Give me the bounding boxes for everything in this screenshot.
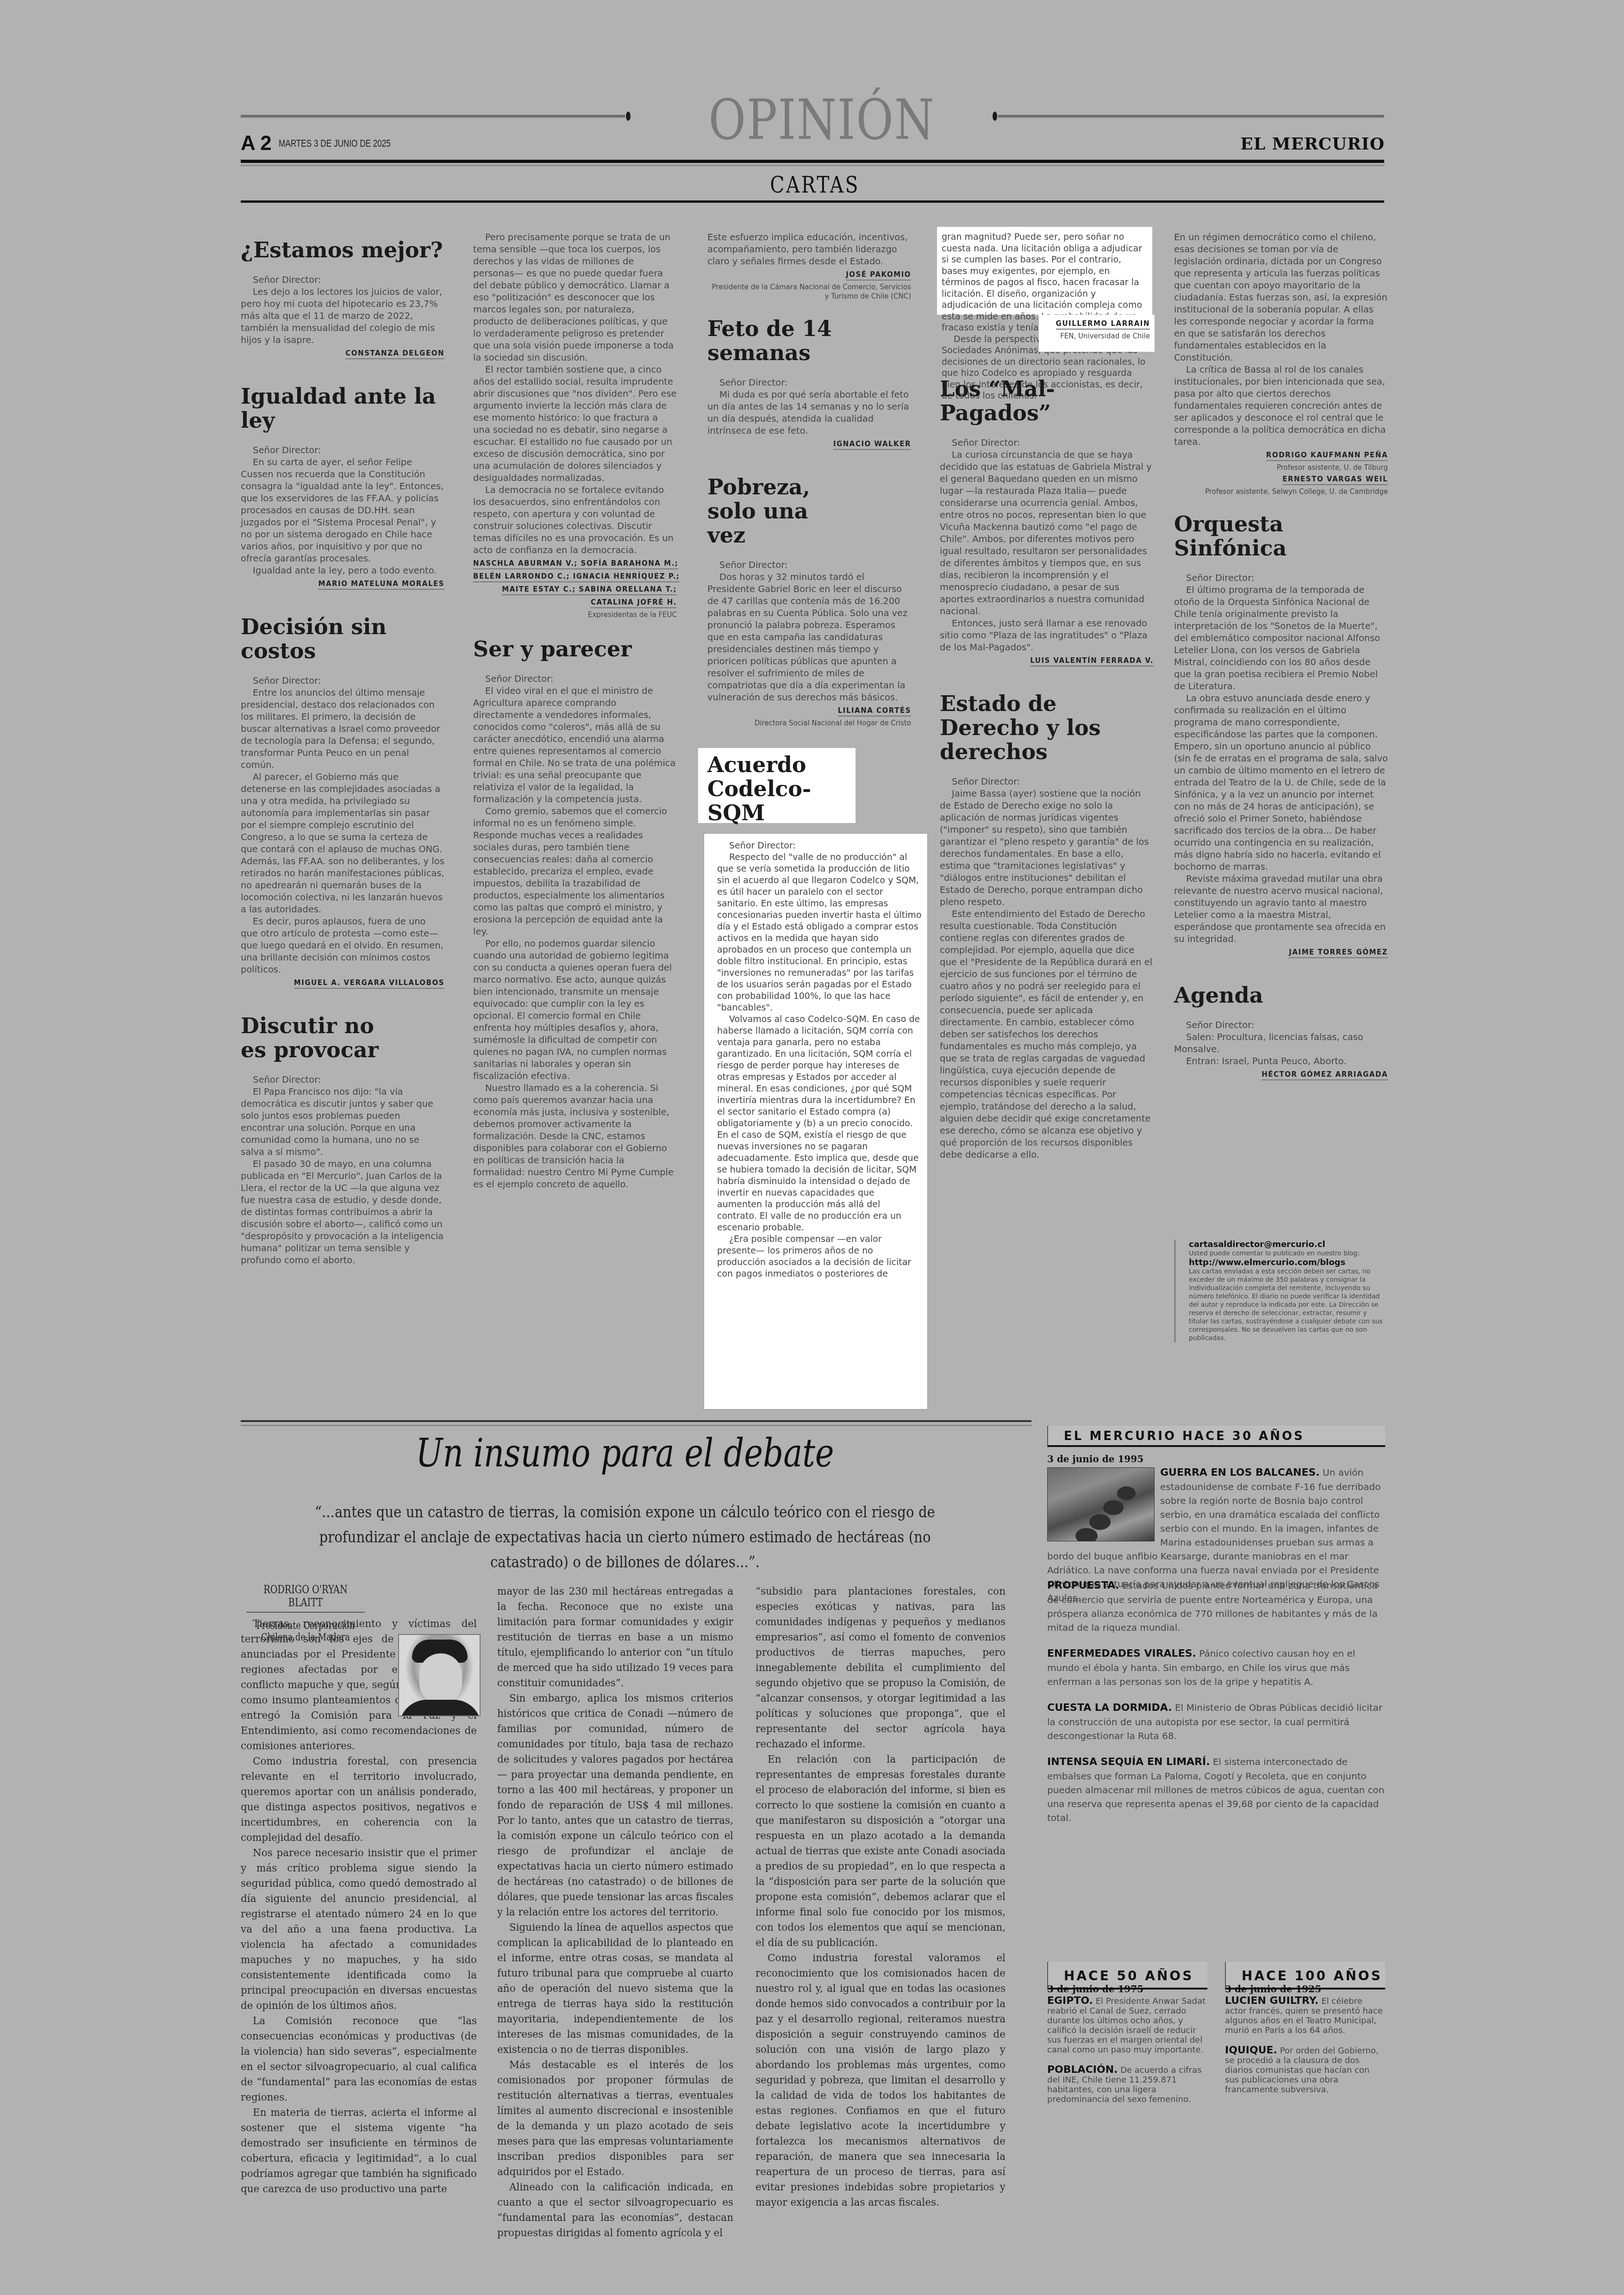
signer-role: Profesor asistente, Selwyn College, U. d… bbox=[1174, 487, 1388, 496]
letter-paragraph: En un régimen democrático como el chilen… bbox=[1174, 231, 1388, 364]
column-4: Los “Mal-Pagados” Señor Director: La cur… bbox=[940, 370, 1154, 1161]
letter-paragraph: El pasado 30 de mayo, en una columna pub… bbox=[241, 1158, 444, 1266]
history-item-head: LUCIEN GUILTRY. bbox=[1225, 1995, 1318, 2007]
blog-link[interactable]: http://www.elmercurio.com/blogs bbox=[1189, 1258, 1387, 1267]
letter-signature: RODRIGO KAUFMANN PEÑA bbox=[1266, 450, 1388, 461]
letter-signature: LUIS VALENTÍN FERRADA V. bbox=[1030, 655, 1154, 667]
letter-paragraph: Respecto del "valle de no producción" al… bbox=[717, 852, 922, 1014]
history-item-head: ENFERMEDADES VIRALES. bbox=[1047, 1648, 1196, 1659]
history-50-items: EGIPTO. El Presidente Anwar Sadat reabri… bbox=[1047, 1996, 1207, 2104]
column-3: Este esfuerzo implica educación, incenti… bbox=[707, 231, 911, 728]
highlighted-letter-title-box: Acuerdo Codelco-SQM bbox=[698, 748, 856, 823]
pull-quote: “...antes que un catastro de tierras, la… bbox=[311, 1500, 940, 1575]
masthead-dot-left bbox=[626, 112, 631, 121]
letter-paragraph: La crítica de Bassa al rol de los canale… bbox=[1174, 364, 1388, 448]
history-item-head: INTENSA SEQUÍA EN LIMARÍ. bbox=[1047, 1756, 1210, 1768]
salutation: Señor Director: bbox=[241, 1074, 444, 1086]
letter-paragraph: Entre los anuncios del último mensaje pr… bbox=[241, 687, 444, 771]
letter-paragraph: La obra estuvo anunciada desde enero y c… bbox=[1174, 692, 1388, 873]
column-paragraph: La Comisión reconoce que “las consecuenc… bbox=[241, 2014, 477, 2105]
letter-paragraph: El video viral en el que el ministro de … bbox=[473, 685, 677, 805]
subsection-title: CARTAS bbox=[768, 172, 862, 198]
letter-signature: HÉCTOR GÓMEZ ARRIAGADA bbox=[1262, 1069, 1388, 1080]
letter-title: Feto de 14 semanas bbox=[707, 317, 911, 365]
highlighted-letter-continuation: gran magnitud? Puede ser, pero soñar no … bbox=[937, 227, 1152, 315]
letter-signature: MARIO MATELUNA MORALES bbox=[318, 579, 444, 590]
letter-paragraph: Es decir, puros aplausos, fuera de uno q… bbox=[241, 916, 444, 976]
section-title: OPINIÓN bbox=[708, 88, 921, 153]
letter: Agenda Señor Director: Salen: Procultura… bbox=[1174, 983, 1388, 1080]
letter-paragraph: Este entendimiento del Estado de Derecho… bbox=[940, 908, 1154, 1161]
column-paragraph: Más destacable es el interés de los comi… bbox=[497, 2058, 733, 2180]
letter-paragraph: Nuestro llamado es a la coherencia. Si c… bbox=[473, 1082, 677, 1191]
letter-paragraph: Pero precisamente porque se trata de un … bbox=[473, 231, 677, 364]
letter-signature: CONSTANZA DELGEON bbox=[345, 348, 444, 359]
salutation: Señor Director: bbox=[241, 444, 444, 456]
history-item-head: EGIPTO. bbox=[1047, 1995, 1093, 2007]
signer-role: FEN, Universidad de Chile bbox=[1043, 331, 1150, 341]
letter-title: Acuerdo Codelco-SQM bbox=[707, 753, 828, 825]
letter-title: Agenda bbox=[1174, 983, 1388, 1007]
highlighted-letter: Señor Director: Respecto del "valle de n… bbox=[704, 833, 928, 1409]
letter: Decisión sin costos Señor Director: Entr… bbox=[241, 615, 444, 989]
letter-paragraph: Mi duda es por qué sería abortable el fe… bbox=[707, 389, 911, 437]
signer-role: Profesor asistente, U. de Tilburg bbox=[1174, 463, 1388, 472]
column-paragraph: Nos parece necesario insistir que el pri… bbox=[241, 1846, 477, 2014]
column-author: RODRIGO O'RYAN BLAITT bbox=[246, 1583, 365, 1613]
salutation: Señor Director: bbox=[940, 776, 1154, 788]
history-100-items: LUCIEN GUILTRY. El célebre actor francés… bbox=[1225, 1996, 1385, 2095]
contact-box: cartasaldirector@mercurio.cl Usted puede… bbox=[1174, 1240, 1387, 1342]
letter-signature: BELÉN LARRONDO C.; IGNACIA HENRÍQUEZ P.; bbox=[473, 571, 680, 582]
letter-paragraph: Salen: Procultura, licencias falsas, cas… bbox=[1174, 1031, 1388, 1055]
letter: Feto de 14 semanas Señor Director: Mi du… bbox=[707, 317, 911, 450]
history-item-head: IQUIQUE. bbox=[1225, 2045, 1277, 2056]
salutation: Señor Director: bbox=[1174, 572, 1388, 584]
letter: Discutir no es provocar Señor Director: … bbox=[241, 1014, 444, 1266]
salutation: Señor Director: bbox=[707, 377, 911, 389]
letter-paragraph: El rector también sostiene que, a cinco … bbox=[473, 364, 677, 484]
letter-paragraph: Jaime Bassa (ayer) sostiene que la noció… bbox=[940, 788, 1154, 908]
letter-paragraph: Reviste máxima gravedad mutilar una obra… bbox=[1174, 873, 1388, 945]
column-2: Pero precisamente porque se trata de un … bbox=[473, 231, 677, 1191]
letter-title: ¿Estamos mejor? bbox=[241, 238, 444, 262]
history-item-head: POBLACIÓN. bbox=[1047, 2064, 1118, 2076]
history-item-head: GUERRA EN LOS BALCANES. bbox=[1160, 1467, 1320, 1478]
column-paragraph: En materia de tierras, acierta el inform… bbox=[241, 2105, 477, 2197]
section-rule-thin bbox=[241, 1425, 1031, 1426]
signer-role: Presidente de la Cámara Nacional de Come… bbox=[707, 282, 911, 301]
history-item-head: PROPUESTA. bbox=[1047, 1580, 1119, 1591]
letter-paragraph: Entonces, justo será llamar a ese renova… bbox=[940, 617, 1154, 654]
header-rule bbox=[241, 160, 1384, 163]
letter-title: Orquesta Sinfónica bbox=[1174, 512, 1388, 560]
newspaper-brand: EL MERCURIO bbox=[1240, 134, 1385, 154]
letter-title: Decisión sin costos bbox=[241, 615, 444, 663]
letter-signature: MIGUEL A. VERGARA VILLALOBOS bbox=[294, 978, 444, 989]
letter-title: Ser y parecer bbox=[473, 637, 677, 661]
letter-paragraph: Este esfuerzo implica educación, incenti… bbox=[707, 231, 911, 268]
salutation: Señor Director: bbox=[707, 559, 911, 571]
column-paragraph: Como industria forestal, con presencia r… bbox=[241, 1754, 477, 1846]
history-30-date: 3 de junio de 1995 bbox=[1047, 1453, 1143, 1465]
letter: Orquesta Sinfónica Señor Director: El úl… bbox=[1174, 512, 1388, 958]
cartas-rule bbox=[241, 200, 1384, 203]
letter-paragraph: Igualdad ante la ley, pero a todo evento… bbox=[241, 565, 444, 577]
letter-title: Los “Mal-Pagados” bbox=[940, 377, 1154, 425]
salutation: Señor Director: bbox=[717, 840, 922, 852]
letter-title: Estado de Derecho y los derechos bbox=[940, 692, 1134, 764]
letter: Los “Mal-Pagados” Señor Director: La cur… bbox=[940, 377, 1154, 667]
letter: ¿Estamos mejor? Señor Director: Les dejo… bbox=[241, 238, 444, 359]
letter-paragraph: Al parecer, el Gobierno más que deteners… bbox=[241, 771, 444, 916]
history-50-date: 3 de junio de 1975 bbox=[1047, 1983, 1143, 1995]
letter-paragraph: El último programa de la temporada de ot… bbox=[1174, 584, 1388, 692]
letter-signature: NASCHLA ABURMAN V.; SOFÍA BARAHONA M.; bbox=[473, 558, 678, 569]
letter-signature: GUILLERMO LARRAIN bbox=[1056, 318, 1150, 330]
letter: Estado de Derecho y los derechos Señor D… bbox=[940, 692, 1154, 1161]
salutation: Señor Director: bbox=[473, 673, 677, 685]
column-1: ¿Estamos mejor? Señor Director: Les dejo… bbox=[241, 231, 444, 1266]
salutation: Señor Director: bbox=[241, 274, 444, 286]
letter-signature: JOSÉ PAKOMIO bbox=[846, 269, 911, 281]
history-100-date: 3 de junio de 1925 bbox=[1225, 1983, 1321, 1995]
history-30-items: PROPUESTA. Estados Unidos planteó formar… bbox=[1047, 1578, 1385, 1825]
letter-signature: IGNACIO WALKER bbox=[833, 439, 911, 450]
letter-paragraph: Volvamos al caso Codelco-SQM. En caso de… bbox=[717, 1014, 922, 1234]
column-text-2: mayor de las 230 mil hectáreas entregada… bbox=[497, 1584, 733, 2241]
salutation: Señor Director: bbox=[1174, 1019, 1388, 1031]
letter-paragraph: El Papa Francisco nos dijo: "la vía demo… bbox=[241, 1086, 444, 1158]
header-rule-thin bbox=[241, 165, 1384, 166]
contact-email[interactable]: cartasaldirector@mercurio.cl bbox=[1189, 1240, 1387, 1249]
letter-paragraph: Como gremio, sabemos que el comercio inf… bbox=[473, 805, 677, 938]
letter-paragraph: Dos horas y 32 minutos tardó el Presiden… bbox=[707, 571, 911, 704]
letter: Ser y parecer Señor Director: El video v… bbox=[473, 637, 677, 1191]
column-paragraph: mayor de las 230 mil hectáreas entregada… bbox=[497, 1584, 733, 1691]
section-rule bbox=[241, 1420, 1031, 1422]
letter-signature: LILIANA CORTÉS bbox=[838, 705, 911, 717]
letter-title: Pobreza, solo una vez bbox=[707, 475, 837, 547]
author-photo bbox=[398, 1634, 481, 1716]
letter-signature: ERNESTO VARGAS WEIL bbox=[1282, 474, 1388, 485]
column-5: En un régimen democrático como el chilen… bbox=[1174, 231, 1388, 1080]
masthead-rule-left bbox=[241, 115, 625, 118]
letter-paragraph: ¿Era posible compensar —en valor present… bbox=[717, 1234, 922, 1280]
letter-paragraph: En su carta de ayer, el señor Felipe Cus… bbox=[241, 456, 444, 565]
letter-signature: MAITE ESTAY C.; SABINA ORELLANA T.; bbox=[502, 584, 677, 595]
column-paragraph: Alineado con la calificación indicada, e… bbox=[497, 2180, 733, 2241]
letter-paragraph: Les dejo a los lectores los juicios de v… bbox=[241, 286, 444, 346]
column-text-3: “subsidio para plantaciones forestales, … bbox=[756, 1584, 1006, 2210]
page-number: A 2 bbox=[241, 132, 272, 155]
masthead-rule-right bbox=[998, 115, 1384, 118]
history-30-header: EL MERCURIO HACE 30 AÑOS bbox=[1047, 1426, 1385, 1447]
letter: Pobreza, solo una vez Señor Director: Do… bbox=[707, 475, 911, 728]
signer-role: Expresidentas de la FEUC bbox=[473, 610, 677, 619]
page-date: MARTES 3 DE JUNIO DE 2025 bbox=[279, 137, 391, 150]
letter-title: Discutir no es provocar bbox=[241, 1014, 389, 1062]
letter-signature: CATALINA JOFRÉ H. bbox=[591, 597, 677, 608]
letter-paragraph: La curiosa circunstancia de que se haya … bbox=[940, 449, 1154, 617]
salutation: Señor Director: bbox=[940, 437, 1154, 449]
letter-paragraph: La democracia no se fortalece evitando l… bbox=[473, 484, 677, 556]
letter-paragraph: Por ello, no podemos guardar silencio cu… bbox=[473, 938, 677, 1082]
highlighted-letter-signature-box: GUILLERMO LARRAIN FEN, Universidad de Ch… bbox=[1039, 315, 1155, 352]
letter: Igualdad ante la ley Señor Director: En … bbox=[241, 384, 444, 590]
salutation: Señor Director: bbox=[241, 675, 444, 687]
column-paragraph: Siguiendo la línea de aquellos aspectos … bbox=[497, 1920, 733, 2058]
letter-signature: JAIME TORRES GÓMEZ bbox=[1289, 947, 1388, 958]
signer-role: Directora Social Nacional del Hogar de C… bbox=[707, 718, 911, 728]
column-paragraph: “subsidio para plantaciones forestales, … bbox=[756, 1584, 1006, 1752]
blog-intro: Usted puede comentar lo publicado en nue… bbox=[1189, 1249, 1387, 1258]
letter-title: Igualdad ante la ley bbox=[241, 384, 444, 432]
column-title: Un insumo para el debate bbox=[302, 1430, 948, 1476]
letter-rules: Las cartas enviadas a esta sección deben… bbox=[1189, 1267, 1387, 1342]
history-item-head: CUESTA LA DORMIDA. bbox=[1047, 1702, 1172, 1714]
column-paragraph: Como industria forestal valoramos el rec… bbox=[756, 1951, 1006, 2210]
column-paragraph: Sin embargo, aplica los mismos criterios… bbox=[497, 1691, 733, 1920]
column-paragraph: En relación con la participación de repr… bbox=[756, 1752, 1006, 1951]
letter-paragraph: Entran: Israel, Punta Peuco, Aborto. bbox=[1174, 1055, 1388, 1067]
masthead-dot-right bbox=[993, 112, 997, 121]
